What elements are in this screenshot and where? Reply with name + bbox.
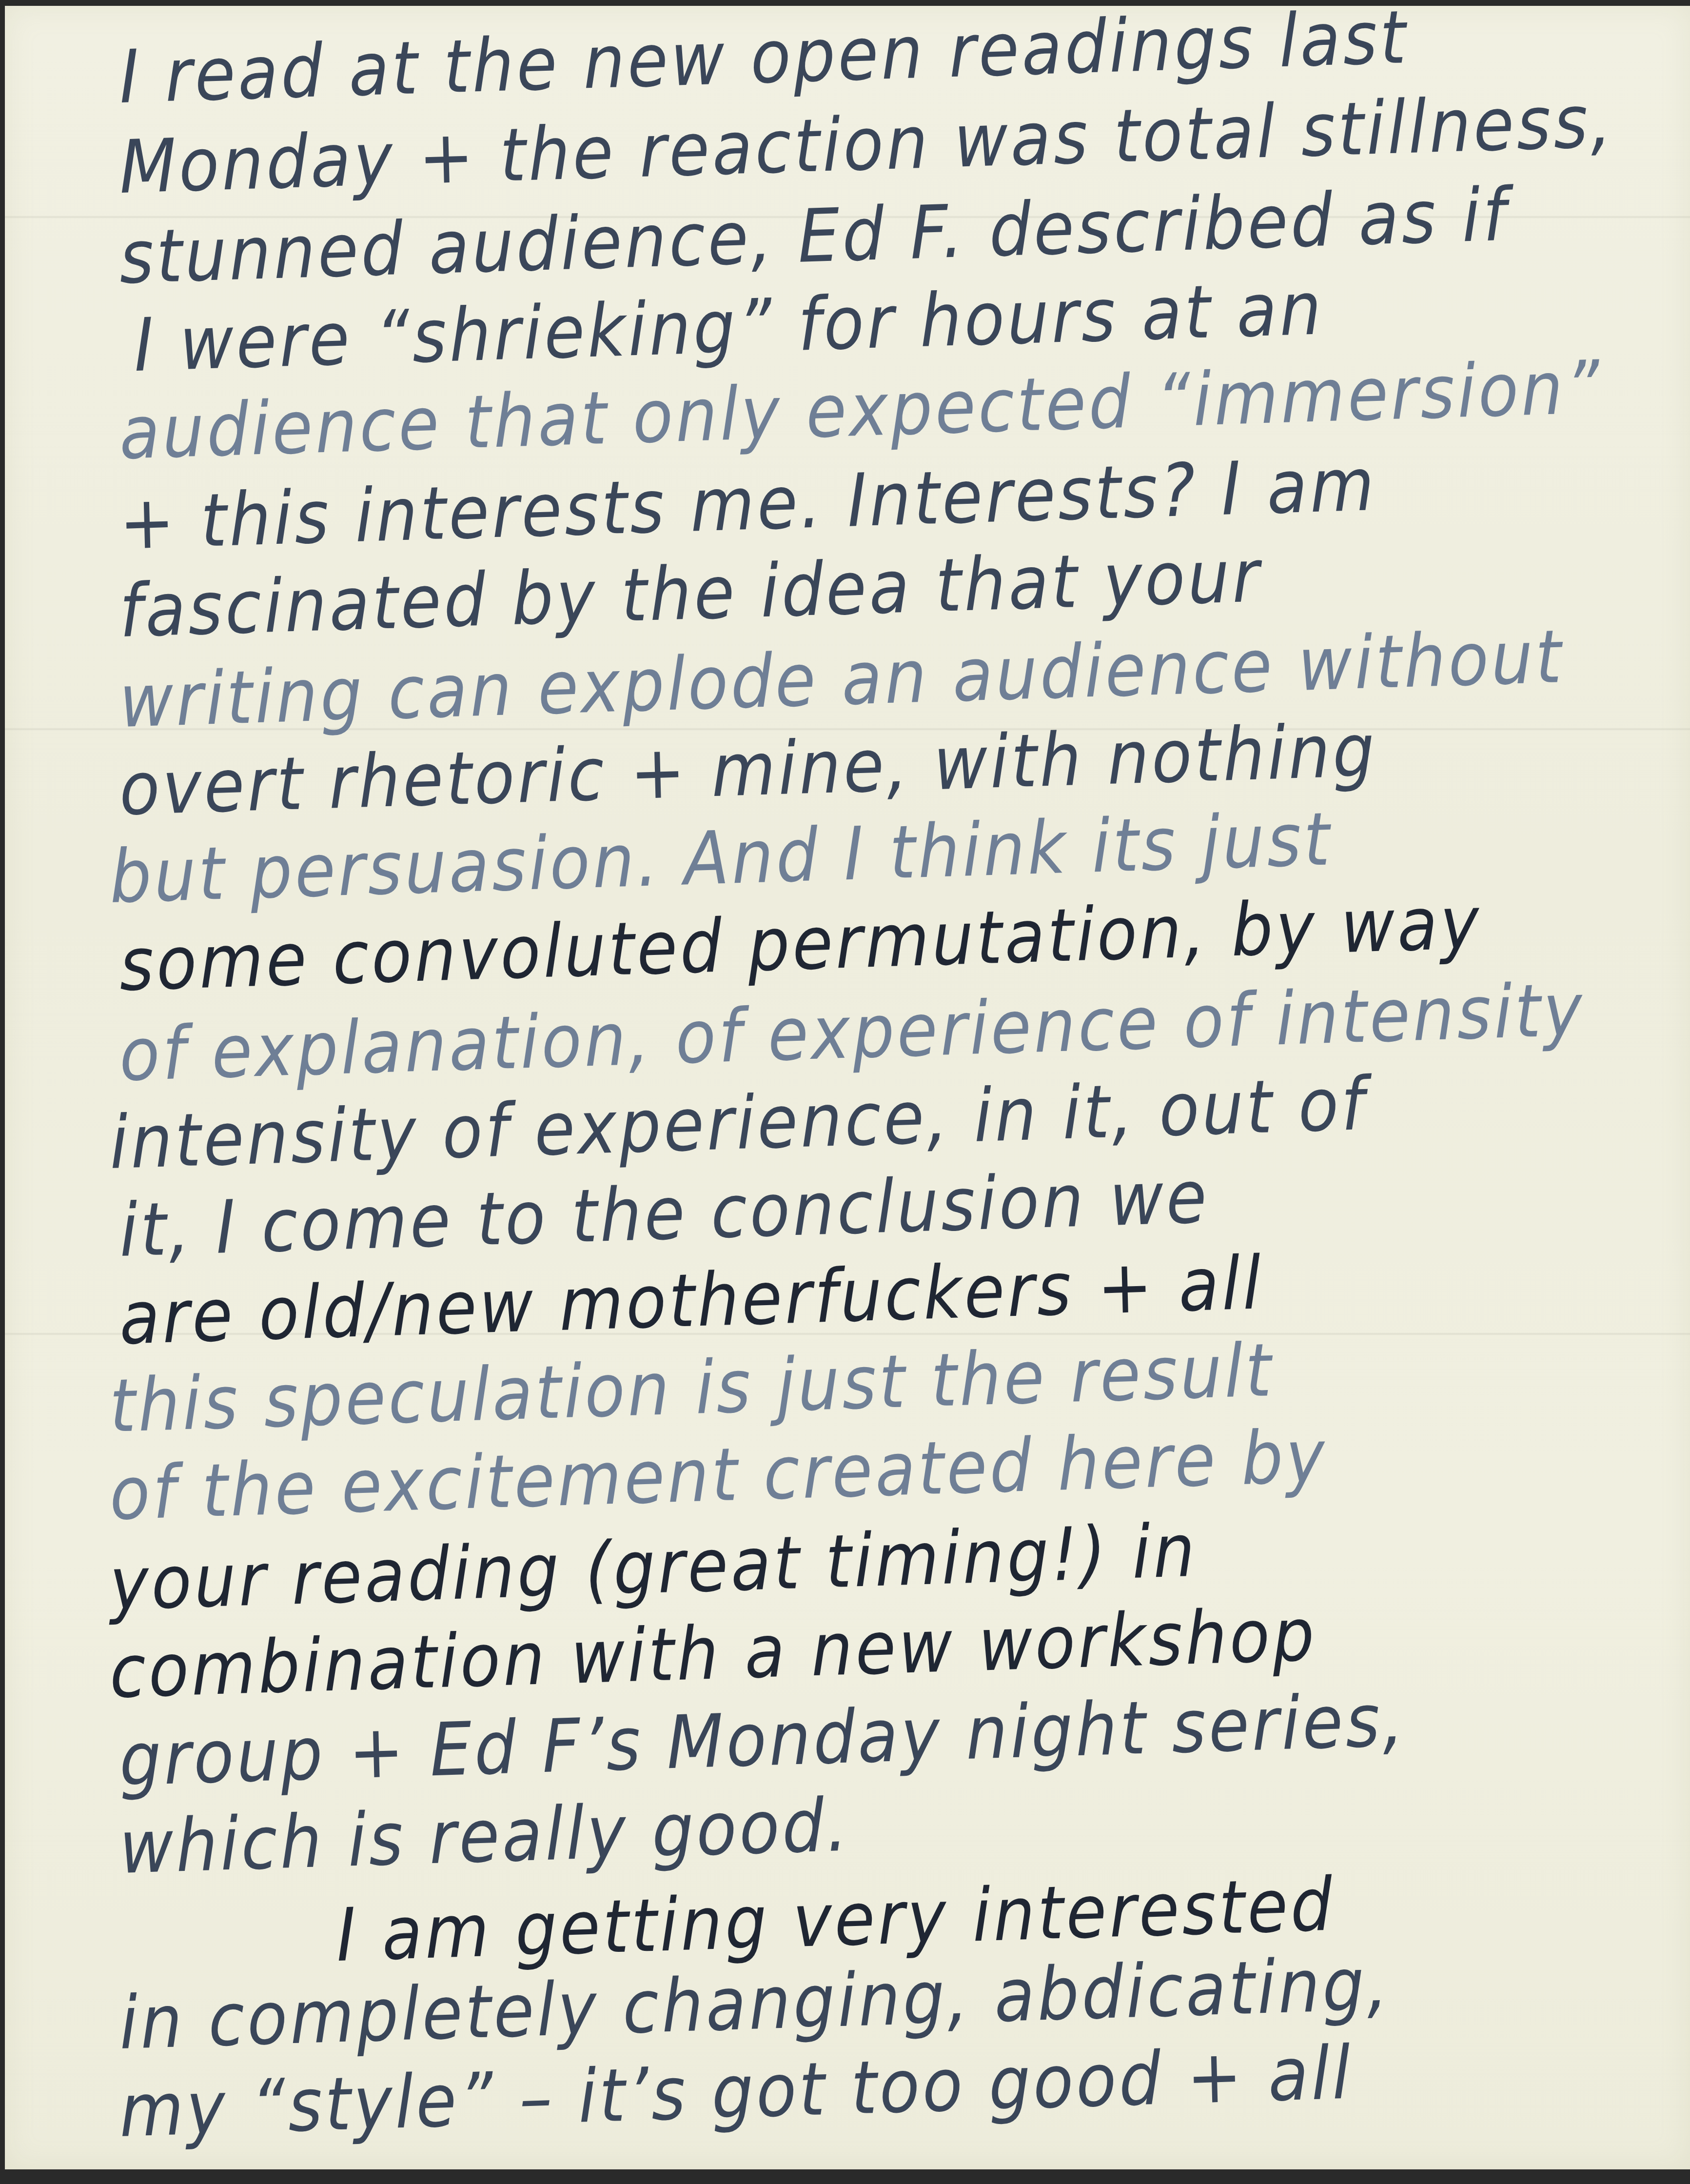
letter-page: I read at the new open readings last Mon…	[5, 6, 1690, 2169]
